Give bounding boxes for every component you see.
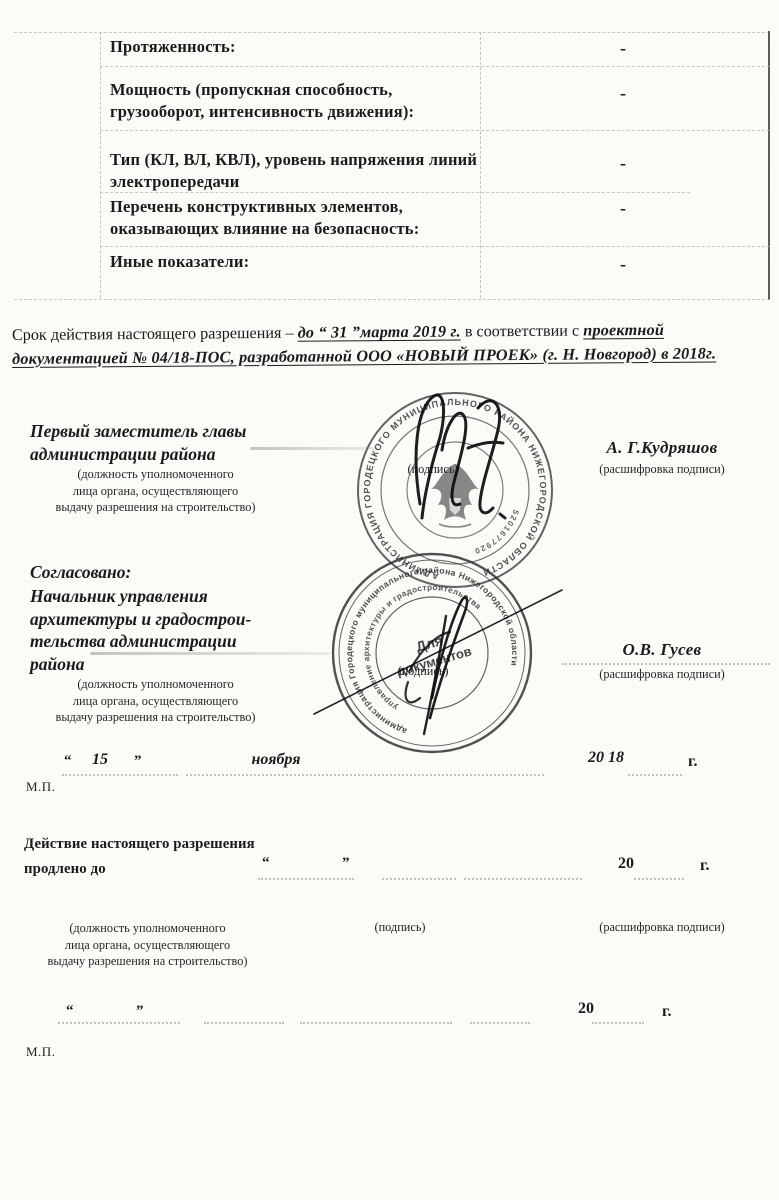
official2-title-line: Начальник управления [30,585,251,608]
official1-title-line: администрации района [30,443,246,466]
position-note-line: лица органа, осуществляющего [38,483,273,500]
position-note-line: выдачу разрешения на строительство) [30,953,265,970]
year-suffix: г. [688,753,697,771]
seal-place-mark: М.П. [26,779,55,795]
validity-clause: Срок действия настоящего разрешения – до… [12,318,774,371]
position-note-line: выдачу разрешения на строительство) [38,499,273,516]
open-quote: “ [262,855,270,872]
signature-rule-smudge [90,652,330,655]
table-row-separator [100,130,770,131]
table-border-left [100,32,101,298]
stamp2-center-text: Для документов [390,625,473,679]
position-note: (должность уполномоченного лица органа, … [30,920,265,970]
extension-line2: продлено до [24,861,106,878]
official1-title-line: Первый заместитель главы [30,420,246,443]
table-row-label: Мощность (пропускная способность, грузоо… [110,79,478,123]
position-note-line: (должность уполномоченного [38,466,273,483]
open-quote: “ [66,1003,74,1020]
year-suffix: г. [662,1003,671,1021]
table-border-top [14,32,770,33]
official2-name: О.В. Гусев [556,640,768,660]
write-in-line [470,1022,530,1024]
table-border-right [768,31,770,300]
table-row-value: - [620,198,644,219]
table-row-separator [100,246,770,247]
official2-title-line: тельства администрации [30,630,251,653]
name-underline [562,663,770,665]
write-in-line [464,878,582,880]
table-row-label: Иные показатели: [110,251,478,273]
table-row-value: - [620,254,644,275]
transcript-label: (расшифровка подписи) [556,462,768,477]
signature-label: (подпись) [330,920,470,935]
write-in-line [634,878,684,880]
close-quote: ” [134,753,142,770]
issue-year-value: 20 18 [588,749,624,767]
month-write-in-line [186,774,544,776]
extension-line1: Действие настоящего разрешения [24,836,255,853]
write-in-line [58,1022,180,1024]
write-in-line [204,1022,284,1024]
table-row-label: Протяженность: [110,36,478,58]
write-in-line [300,1022,452,1024]
position-note: (должность уполномоченного лица органа, … [38,466,273,516]
close-quote: ” [136,1003,144,1020]
table-border-bottom [14,299,770,300]
year-suffix: г. [700,857,709,875]
table-divider-vertical [480,32,481,298]
extension-year-prefix: 20 [618,855,634,873]
table-row-value: - [620,38,644,59]
issue-day-value: 15 [92,751,108,769]
position-note-line: выдачу разрешения на строительство) [38,709,273,726]
official1-name: А. Г.Кудряшов [556,438,768,458]
seal-place-mark: М.П. [26,1044,55,1060]
validity-plain-text: Срок действия настоящего разрешения – [12,324,298,344]
write-in-line [382,878,456,880]
table-row-separator [100,66,770,67]
validity-filled-date: до “ 31 ”марта 2019 г. [298,322,461,341]
table-row-label: Тип (КЛ, ВЛ, КВЛ), уровень напряжения ли… [110,149,478,193]
position-note-line: лица органа, осуществляющего [38,693,273,710]
validity-plain-text: в соответствии с [461,322,584,341]
table-row-label: Перечень конструктивных элементов, оказы… [110,196,478,240]
round-stamp-architecture-department: администрация Городецкого муниципального… [312,548,564,764]
table-row-value: - [620,153,644,174]
day-write-in-line [62,774,178,776]
position-note-line: (должность уполномоченного [30,920,265,937]
open-quote: “ [64,753,72,770]
write-in-line [258,878,354,880]
official1-title: Первый заместитель главы администрации р… [30,420,246,465]
transcript-label: (расшифровка подписи) [556,667,768,682]
official2-title-line: района [30,653,251,676]
position-note: (должность уполномоченного лица органа, … [38,676,273,726]
scanned-permit-page: Протяженность: - Мощность (пропускная сп… [0,0,779,1200]
position-note-line: (должность уполномоченного [38,676,273,693]
position-note-line: лица органа, осуществляющего [30,937,265,954]
official2-title: Начальник управления архитектуры и градо… [30,585,251,675]
extension-year-prefix: 20 [578,1000,594,1018]
close-quote: ” [342,855,350,872]
transcript-label: (расшифровка подписи) [556,920,768,935]
write-in-line [592,1022,644,1024]
issue-month-value: ноября [228,751,324,769]
table-row-value: - [620,83,644,104]
year-write-in-line [628,774,682,776]
official2-title-line: архитектуры и градострои- [30,608,251,631]
approved-heading: Согласовано: [30,561,131,584]
